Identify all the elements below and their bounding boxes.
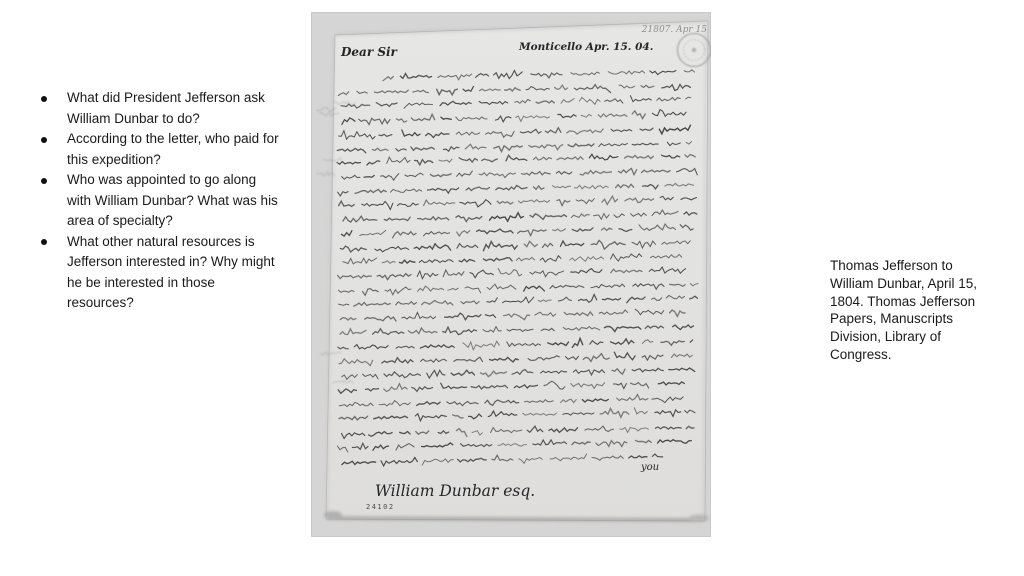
bullet-icon bbox=[41, 178, 47, 184]
catchword: you bbox=[640, 462, 659, 473]
addressee-line: William Dunbar esq. bbox=[375, 482, 535, 500]
bullet-icon bbox=[41, 96, 47, 102]
dateline: Monticello Apr. 15. 04. bbox=[518, 41, 653, 53]
question-item: What other natural resources is Jefferso… bbox=[38, 232, 280, 314]
question-list: What did President Jefferson ask William… bbox=[38, 88, 280, 314]
question-text: Who was appointed to go along with Willi… bbox=[67, 172, 278, 228]
letter-scan-image: 21807. Apr 15 Dear Sir Monticello Apr. 1… bbox=[311, 12, 711, 537]
photo-credit-caption: Thomas Jefferson to William Dunbar, Apri… bbox=[830, 257, 993, 364]
salutation: Dear Sir bbox=[340, 45, 399, 59]
bullet-icon bbox=[41, 239, 47, 245]
catalog-number: 24102 bbox=[366, 503, 395, 511]
presentation-slide: What did President Jefferson ask William… bbox=[0, 0, 1024, 576]
bullet-icon bbox=[41, 137, 47, 143]
question-item: Who was appointed to go along with Willi… bbox=[38, 170, 280, 232]
question-item: What did President Jefferson ask William… bbox=[38, 88, 280, 129]
question-text: What other natural resources is Jefferso… bbox=[67, 234, 275, 311]
letter-scan-svg: 21807. Apr 15 Dear Sir Monticello Apr. 1… bbox=[311, 12, 711, 537]
question-item: According to the letter, who paid for th… bbox=[38, 129, 280, 170]
question-text: According to the letter, who paid for th… bbox=[67, 131, 279, 167]
question-text: What did President Jefferson ask William… bbox=[67, 90, 265, 126]
